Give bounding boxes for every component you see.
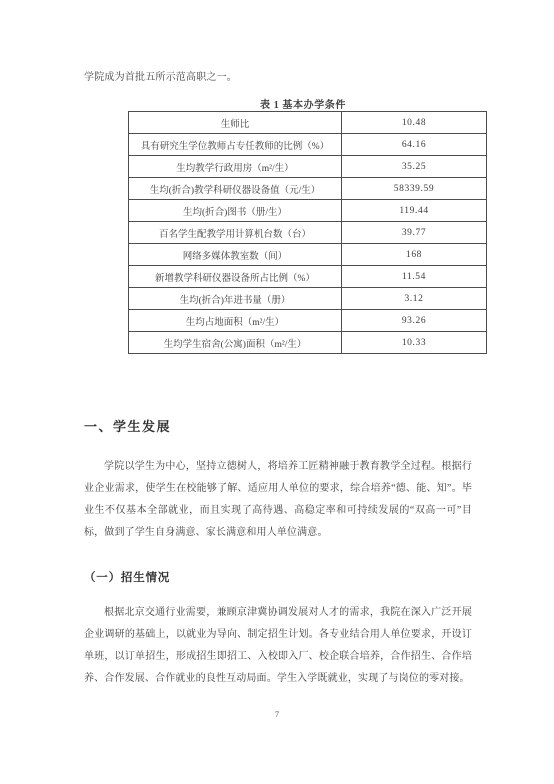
basic-conditions-table: 生师比10.48具有研究生学位教师占专任教师的比例（%）64.16生均教学行政用… — [128, 111, 487, 354]
metric-value: 11.54 — [342, 266, 487, 288]
metric-value: 39.77 — [342, 222, 487, 244]
metric-value: 10.48 — [342, 112, 487, 134]
table-caption: 表 1 基本办学条件 — [128, 96, 478, 111]
table-row: 生均(折合)年进书量（册）3.12 — [129, 288, 487, 310]
metric-label: 生师比 — [129, 112, 342, 134]
paragraph-enrollment: 根据北京交通行业需要，兼顾京津冀协调发展对人才的需求，我院在深入广泛开展企业调研… — [84, 602, 472, 690]
metric-label: 具有研究生学位教师占专任教师的比例（%） — [129, 134, 342, 156]
metric-label: 生均(折合)教学科研仪器设备值（元/生） — [129, 178, 342, 200]
table-row: 生均(折合)图书（册/生）119.44 — [129, 200, 487, 222]
metric-value: 58339.59 — [342, 178, 487, 200]
table-row: 生均学生宿舍(公寓)面积（m²/生）10.33 — [129, 332, 487, 354]
metric-value: 119.44 — [342, 200, 487, 222]
table-row: 新增教学科研仪器设备所占比例（%）11.54 — [129, 266, 487, 288]
metric-label: 生均教学行政用房（m²/生） — [129, 156, 342, 178]
intro-line: 学院成为首批五所示范高职之一。 — [84, 68, 484, 83]
table-row: 生师比10.48 — [129, 112, 487, 134]
table-row: 具有研究生学位教师占专任教师的比例（%）64.16 — [129, 134, 487, 156]
metric-value: 3.12 — [342, 288, 487, 310]
table-row: 生均(折合)教学科研仪器设备值（元/生）58339.59 — [129, 178, 487, 200]
metric-label: 生均(折合)图书（册/生） — [129, 200, 342, 222]
metric-value: 93.26 — [342, 310, 487, 332]
metric-value: 64.16 — [342, 134, 487, 156]
metric-label: 生均(折合)年进书量（册） — [129, 288, 342, 310]
section-heading-student-development: 一、学生发展 — [84, 416, 171, 435]
metric-label: 新增教学科研仪器设备所占比例（%） — [129, 266, 342, 288]
metrics-table-body: 生师比10.48具有研究生学位教师占专任教师的比例（%）64.16生均教学行政用… — [129, 112, 487, 354]
table-row: 百名学生配教学用计算机台数（台）39.77 — [129, 222, 487, 244]
paragraph-student-development: 学院以学生为中心，坚持立德树人，将培养工匠精神融于教育教学全过程。根据行业企业需… — [84, 456, 472, 544]
metric-value: 10.33 — [342, 332, 487, 354]
metric-label: 网络多媒体教室数（间） — [129, 244, 342, 266]
metric-label: 生均学生宿舍(公寓)面积（m²/生） — [129, 332, 342, 354]
metric-label: 百名学生配教学用计算机台数（台） — [129, 222, 342, 244]
table-row: 生均教学行政用房（m²/生）35.25 — [129, 156, 487, 178]
metric-value: 168 — [342, 244, 487, 266]
metric-label: 生均占地面积（m²/生） — [129, 310, 342, 332]
table-row: 网络多媒体教室数（间）168 — [129, 244, 487, 266]
table-row: 生均占地面积（m²/生）93.26 — [129, 310, 487, 332]
page-number: 7 — [0, 709, 554, 719]
subsection-heading-enrollment: （一）招生情况 — [84, 569, 170, 585]
metric-value: 35.25 — [342, 156, 487, 178]
